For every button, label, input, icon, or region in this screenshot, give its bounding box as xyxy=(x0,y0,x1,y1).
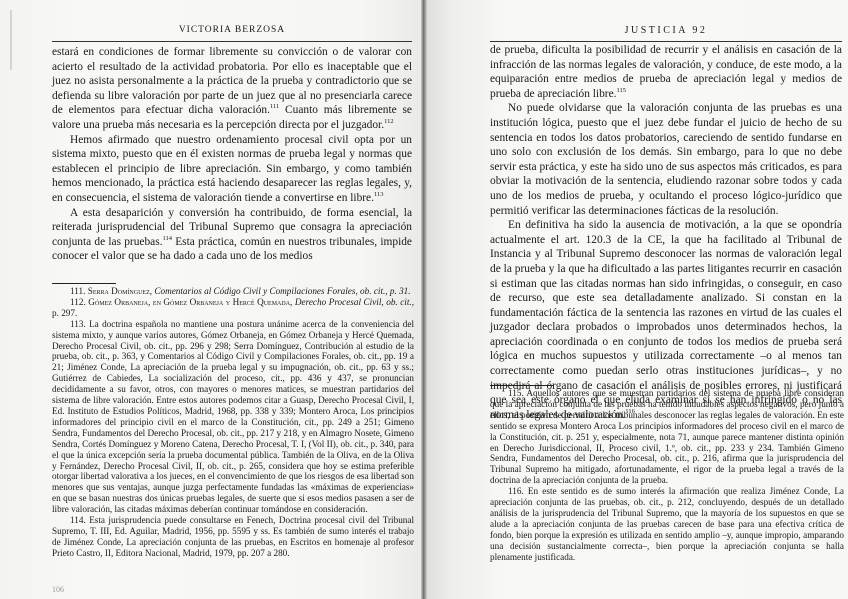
running-head-right: JUSTICIA 92 xyxy=(490,25,842,42)
footnote-ref: 115 xyxy=(617,87,627,94)
footnote-ref: 114 xyxy=(162,235,172,242)
footnote-separator xyxy=(490,385,554,386)
footnote-116: 116. En este sentido es de sumo interés … xyxy=(490,486,844,562)
right-page: JUSTICIA 92 de prueba, dificulta la posi… xyxy=(424,0,848,599)
right-footnotes: 115. Aquellos autores que se muestran pa… xyxy=(490,388,844,563)
footnote-ref: 112 xyxy=(384,118,394,125)
footnote-114: 114. Esta jurisprudencia puede consultar… xyxy=(52,515,414,559)
paragraph: No puede olvidarse que la valoración con… xyxy=(490,101,842,218)
book-spread: VICTORIA BERZOSA estará en condiciones d… xyxy=(0,0,848,599)
paragraph: estará en condiciones de formar libremen… xyxy=(52,45,412,133)
paragraph: de prueba, dificulta la posibilidad de r… xyxy=(490,43,842,101)
paragraph: A esta desaparición y conversión ha cont… xyxy=(52,206,412,264)
right-body-text: de prueba, dificulta la posibilidad de r… xyxy=(490,43,842,422)
footnote-111: 111. Serra Domínguez, Comentarios al Cód… xyxy=(52,286,414,297)
footnote-112: 112. Gómez Orbaneja, en Gómez Orbaneja y… xyxy=(52,297,414,319)
page-number-left: 106 xyxy=(52,585,64,594)
running-head-left: VICTORIA BERZOSA xyxy=(52,25,412,42)
footnote-113: 113. La doctrina española no mantiene un… xyxy=(52,319,414,515)
left-page: VICTORIA BERZOSA estará en condiciones d… xyxy=(0,0,424,599)
paragraph: Hemos afirmado que nuestro ordenamiento … xyxy=(52,133,412,206)
left-body-text: estará en condiciones de formar libremen… xyxy=(52,45,412,264)
footnote-115: 115. Aquellos autores que se muestran pa… xyxy=(490,388,844,486)
page-edge-shadow xyxy=(10,10,12,70)
footnote-ref: 111 xyxy=(270,104,279,111)
left-footnotes: 111. Serra Domínguez, Comentarios al Cód… xyxy=(52,286,414,559)
book-gutter xyxy=(421,0,427,599)
footnote-separator xyxy=(52,283,116,284)
footnote-ref: 113 xyxy=(374,191,384,198)
